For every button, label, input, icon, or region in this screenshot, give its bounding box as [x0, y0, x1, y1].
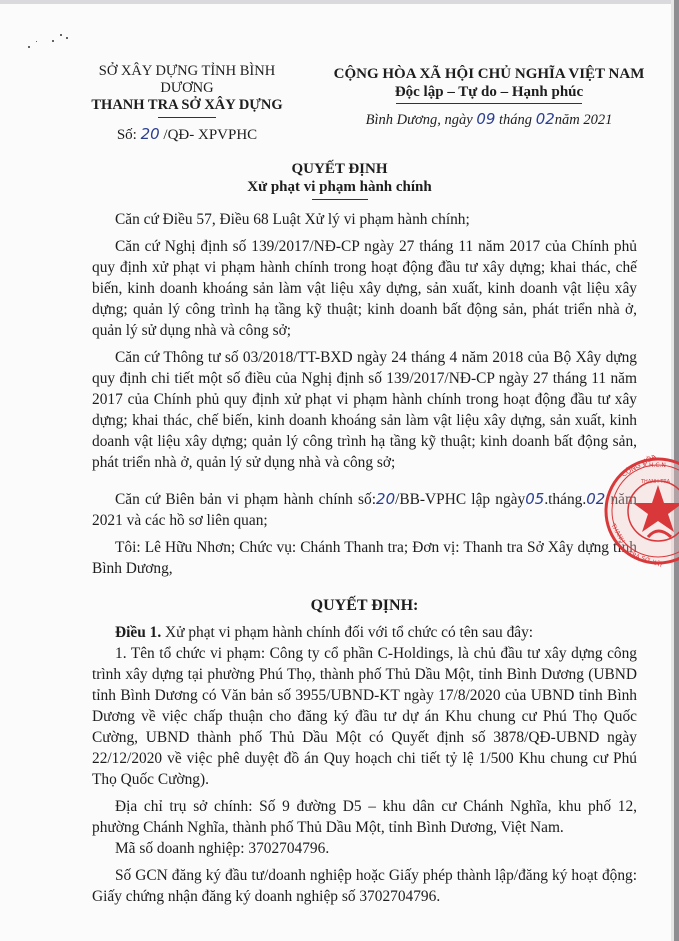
- decision-heading: QUYẾT ĐỊNH:: [92, 595, 637, 616]
- violation-record-reference: Căn cứ Biên bản vi phạm hành chính số:20…: [92, 489, 637, 531]
- document-title: QUYẾT ĐỊNH Xử phạt vi phạm hành chính: [0, 160, 679, 200]
- national-motto: Độc lập – Tự do – Hạnh phúc: [314, 83, 664, 101]
- article-1: Điều 1. Xử phạt vi phạm hành chính đối v…: [92, 622, 637, 643]
- divider: [396, 103, 582, 104]
- legal-basis-2: Căn cứ Nghị định số 139/2017/NĐ-CP ngày …: [92, 236, 637, 341]
- unit-name: THANH TRA SỞ XÂY DỰNG: [78, 97, 296, 114]
- seal-icon: CỘNG HÒA X.H.C.N THANH TRA THANH TRA SỞ …: [603, 455, 679, 567]
- head-office-address: Địa chỉ trụ sở chính: Số 9 đường D5 – kh…: [92, 796, 637, 838]
- svg-text:THANH TRA: THANH TRA: [640, 479, 671, 485]
- scan-top-edge: [0, 0, 679, 4]
- handwritten-record-number: 20: [376, 490, 395, 508]
- document-body: Căn cứ Điều 57, Điều 68 Luật Xử lý vi ph…: [92, 209, 637, 913]
- issuing-agency-block: SỞ XÂY DỰNG TỈNH BÌNH DƯƠNG THANH TRA SỞ…: [78, 63, 296, 144]
- handwritten-day: 09: [476, 110, 495, 128]
- business-license: Số GCN đăng ký đầu tư/doanh nghiệp hoặc …: [92, 865, 637, 907]
- legal-basis-3: Căn cứ Thông tư số 03/2018/TT-BXD ngày 2…: [92, 347, 637, 473]
- handwritten-month: 02: [536, 110, 555, 128]
- article-1-label: Điều 1.: [115, 624, 161, 641]
- scan-specks: [26, 30, 76, 55]
- country-name: CỘNG HÒA XÃ HỘI CHỦ NGHĨA VIỆT NAM: [314, 65, 664, 83]
- handwritten-number: 20: [141, 125, 160, 143]
- svg-text:X.H.C.N: X.H.C.N: [643, 462, 666, 469]
- handwritten-record-day: 05: [525, 490, 544, 508]
- divider: [312, 199, 368, 200]
- official-statement: Tôi: Lê Hữu Nhơn; Chức vụ: Chánh Thanh t…: [92, 537, 637, 579]
- national-header-block: CỘNG HÒA XÃ HỘI CHỦ NGHĨA VIỆT NAM Độc l…: [314, 65, 664, 129]
- title-sub: Xử phạt vi phạm hành chính: [0, 178, 679, 196]
- agency-name: SỞ XÂY DỰNG TỈNH BÌNH DƯƠNG: [78, 63, 296, 97]
- legal-basis-1: Căn cứ Điều 57, Điều 68 Luật Xử lý vi ph…: [92, 209, 637, 230]
- article-1-item-1: 1. Tên tổ chức vi phạm: Công ty cổ phần …: [92, 643, 637, 790]
- red-official-seal: CỘNG HÒA X.H.C.N THANH TRA THANH TRA SỞ …: [603, 455, 679, 567]
- title-main: QUYẾT ĐỊNH: [0, 160, 679, 178]
- date-line: Bình Dương, ngày 09 tháng 02năm 2021: [314, 110, 664, 129]
- divider: [158, 117, 216, 118]
- document-number: Số: 20 /QĐ- XPVPHC: [78, 126, 296, 144]
- tax-code: Mã số doanh nghiệp: 3702704796.: [92, 838, 637, 859]
